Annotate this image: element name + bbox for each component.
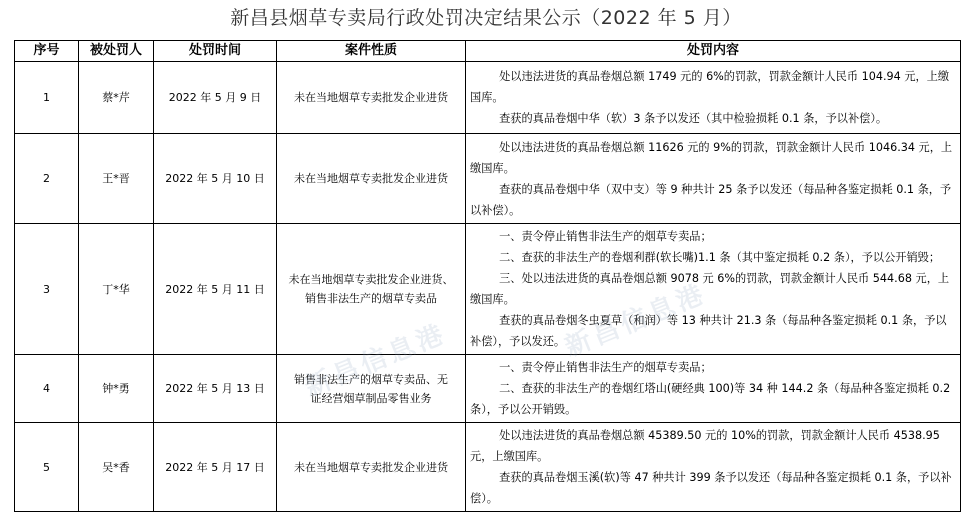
cell-date: 2022 年 5 月 13 日 — [154, 355, 277, 423]
cell-nature: 未在当地烟草专卖批发企业进货 — [277, 62, 466, 134]
nature-line: 销售非法生产的烟草专卖品、无 — [277, 370, 465, 389]
content-paragraph: 一、责令停止销售非法生产的烟草专卖品； — [470, 226, 957, 247]
cell-index: 3 — [15, 224, 79, 355]
nature-line: 未在当地烟草专卖批发企业进货、 — [277, 270, 465, 289]
header-nature: 案件性质 — [277, 41, 466, 62]
cell-nature: 未在当地烟草专卖批发企业进货、 销售非法生产的烟草专卖品 — [277, 224, 466, 355]
cell-date: 2022 年 5 月 9 日 — [154, 62, 277, 134]
cell-nature: 未在当地烟草专卖批发企业进货 — [277, 134, 466, 224]
cell-person: 钟*勇 — [79, 355, 154, 423]
table-row: 3 丁*华 2022 年 5 月 11 日 未在当地烟草专卖批发企业进货、 销售… — [15, 224, 961, 355]
cell-person: 王*晋 — [79, 134, 154, 224]
table-row: 1 蔡*芹 2022 年 5 月 9 日 未在当地烟草专卖批发企业进货 处以违法… — [15, 62, 961, 134]
content-paragraph: 三、处以违法进货的真品卷烟总额 9078 元 6%的罚款，罚款金额计人民币 54… — [470, 268, 957, 310]
cell-index: 1 — [15, 62, 79, 134]
table-row: 2 王*晋 2022 年 5 月 10 日 未在当地烟草专卖批发企业进货 处以违… — [15, 134, 961, 224]
table-row: 4 钟*勇 2022 年 5 月 13 日 销售非法生产的烟草专卖品、无 证经营… — [15, 355, 961, 423]
cell-nature: 未在当地烟草专卖批发企业进货 — [277, 423, 466, 512]
cell-content: 处以违法进货的真品卷烟总额 45389.50 元的 10%的罚款，罚款金额计人民… — [466, 423, 961, 512]
table-row: 5 吴*香 2022 年 5 月 17 日 未在当地烟草专卖批发企业进货 处以违… — [15, 423, 961, 512]
content-paragraph: 处以违法进货的真品卷烟总额 45389.50 元的 10%的罚款，罚款金额计人民… — [470, 425, 957, 467]
page-title: 新昌县烟草专卖局行政处罚决定结果公示（2022 年 5 月） — [0, 6, 972, 30]
cell-index: 4 — [15, 355, 79, 423]
content-paragraph: 处以违法进货的真品卷烟总额 11626 元的 9%的罚款，罚款金额计人民币 10… — [470, 137, 957, 179]
cell-index: 2 — [15, 134, 79, 224]
content-paragraph: 二、查获的非法生产的卷烟红塔山(硬经典 100)等 34 种 144.2 条（每… — [470, 378, 957, 420]
header-index: 序号 — [15, 41, 79, 62]
cell-content: 处以违法进货的真品卷烟总额 1749 元的 6%的罚款，罚款金额计人民币 104… — [466, 62, 961, 134]
content-paragraph: 一、责令停止销售非法生产的烟草专卖品； — [470, 357, 957, 378]
cell-content: 处以违法进货的真品卷烟总额 11626 元的 9%的罚款，罚款金额计人民币 10… — [466, 134, 961, 224]
header-person: 被处罚人 — [79, 41, 154, 62]
cell-person: 丁*华 — [79, 224, 154, 355]
nature-line: 销售非法生产的烟草专卖品 — [277, 289, 465, 308]
cell-date: 2022 年 5 月 17 日 — [154, 423, 277, 512]
content-paragraph: 查获的真品卷烟中华（软）3 条予以发还（其中检验损耗 0.1 条，予以补偿）。 — [470, 108, 957, 129]
cell-content: 一、责令停止销售非法生产的烟草专卖品； 二、查获的非法生产的卷烟利群(软长嘴)1… — [466, 224, 961, 355]
table-header-row: 序号 被处罚人 处罚时间 案件性质 处罚内容 — [15, 41, 961, 62]
cell-content: 一、责令停止销售非法生产的烟草专卖品； 二、查获的非法生产的卷烟红塔山(硬经典 … — [466, 355, 961, 423]
content-paragraph: 查获的真品卷烟冬虫夏草（和润）等 13 种共计 21.3 条（每品种各鉴定损耗 … — [470, 310, 957, 352]
content-paragraph: 处以违法进货的真品卷烟总额 1749 元的 6%的罚款，罚款金额计人民币 104… — [470, 66, 957, 108]
cell-person: 蔡*芹 — [79, 62, 154, 134]
header-date: 处罚时间 — [154, 41, 277, 62]
cell-nature: 销售非法生产的烟草专卖品、无 证经营烟草制品零售业务 — [277, 355, 466, 423]
cell-date: 2022 年 5 月 10 日 — [154, 134, 277, 224]
content-paragraph: 查获的真品卷烟中华（双中支）等 9 种共计 25 条予以发还（每品种各鉴定损耗 … — [470, 179, 957, 221]
cell-date: 2022 年 5 月 11 日 — [154, 224, 277, 355]
penalty-results-table: 序号 被处罚人 处罚时间 案件性质 处罚内容 1 蔡*芹 2022 年 5 月 … — [14, 40, 961, 512]
cell-person: 吴*香 — [79, 423, 154, 512]
content-paragraph: 二、查获的非法生产的卷烟利群(软长嘴)1.1 条（其中鉴定损耗 0.2 条），予… — [470, 247, 957, 268]
cell-index: 5 — [15, 423, 79, 512]
nature-line: 证经营烟草制品零售业务 — [277, 389, 465, 408]
content-paragraph: 查获的真品卷烟玉溪(软)等 47 种共计 399 条予以发还（每品种各鉴定损耗 … — [470, 467, 957, 509]
header-content: 处罚内容 — [466, 41, 961, 62]
